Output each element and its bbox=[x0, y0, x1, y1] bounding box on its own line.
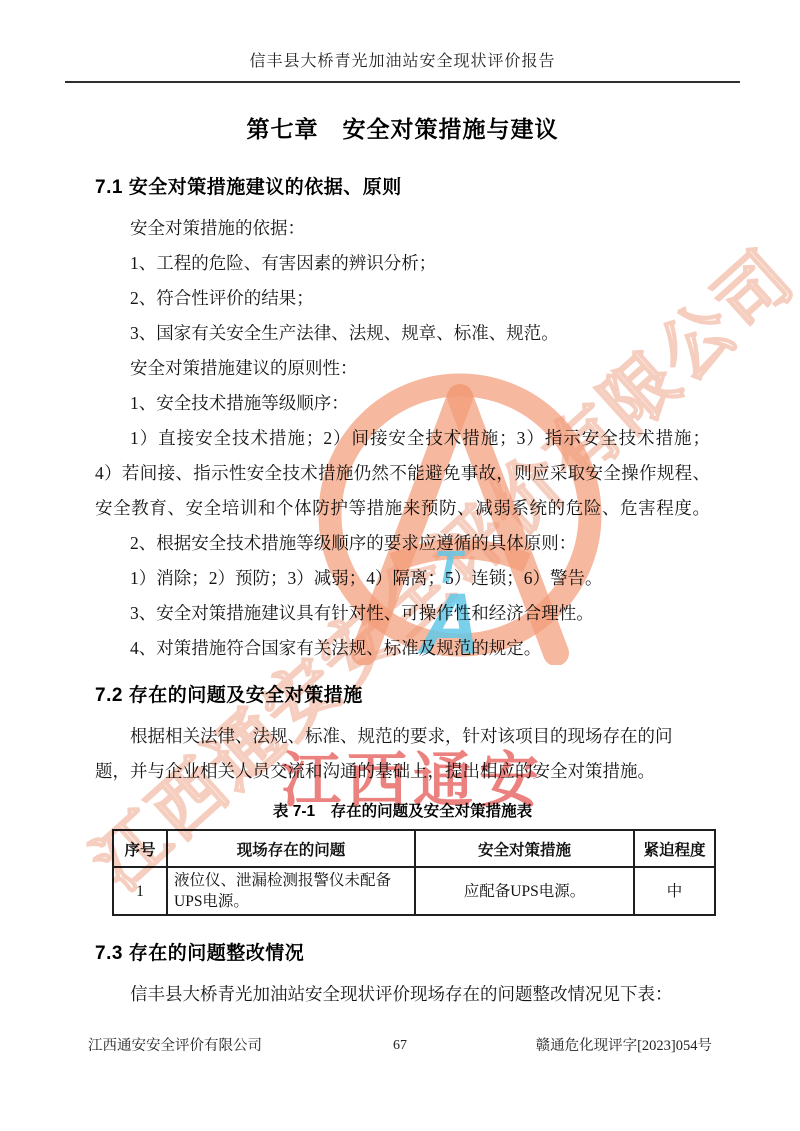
paragraph-line: 1、工程的危险、有害因素的辨识分析； bbox=[95, 246, 710, 281]
header-divider bbox=[65, 81, 740, 83]
document-page: 信丰县大桥青光加油站安全现状评价报告 第七章 安全对策措施与建议 7.1 安全对… bbox=[0, 0, 800, 1131]
paragraph-line: 1）直接安全技术措施；2）间接安全技术措施；3）指示安全技术措施； bbox=[95, 421, 710, 456]
section-7-1-heading: 7.1 安全对策措施建议的依据、原则 bbox=[95, 172, 710, 199]
paragraph-line: 安全对策措施建议的原则性： bbox=[95, 351, 710, 386]
section-7-3-body: 信丰县大桥青光加油站安全现状评价现场存在的问题整改情况见下表： bbox=[95, 977, 710, 1012]
paragraph-line: 题，并与企业相关人员交流和沟通的基础上，提出相应的安全对策措施。 bbox=[95, 754, 710, 789]
paragraph-line: 信丰县大桥青光加油站安全现状评价现场存在的问题整改情况见下表： bbox=[95, 977, 710, 1012]
paragraph-line: 1、安全技术措施等级顺序： bbox=[95, 386, 710, 421]
page-content: 信丰县大桥青光加油站安全现状评价报告 第七章 安全对策措施与建议 7.1 安全对… bbox=[0, 0, 800, 1012]
table-header-row: 序号 现场存在的问题 安全对策措施 紧迫程度 bbox=[113, 830, 715, 867]
col-header-measure: 安全对策措施 bbox=[415, 830, 634, 867]
col-header-problem: 现场存在的问题 bbox=[167, 830, 415, 867]
col-header-urgency: 紧迫程度 bbox=[634, 830, 715, 867]
table-row: 1 液位仪、泄漏检测报警仪未配备UPS电源。 应配备UPS电源。 中 bbox=[113, 867, 715, 915]
issues-table: 序号 现场存在的问题 安全对策措施 紧迫程度 1 液位仪、泄漏检测报警仪未配备U… bbox=[112, 829, 716, 916]
cell-measure: 应配备UPS电源。 bbox=[415, 867, 634, 915]
footer-doc-number: 赣通危化现评字[2023]054号 bbox=[536, 1034, 712, 1055]
cell-index: 1 bbox=[113, 867, 167, 915]
section-7-2-heading: 7.2 存在的问题及安全对策措施 bbox=[95, 680, 710, 707]
page-footer: 江西通安安全评价有限公司 67 赣通危化现评字[2023]054号 bbox=[0, 1034, 800, 1058]
section-7-2-body: 根据相关法律、法规、标准、规范的要求，针对该项目的现场存在的问 题，并与企业相关… bbox=[95, 719, 710, 789]
paragraph-line: 安全教育、安全培训和个体防护等措施来预防、减弱系统的危险、危害程度。 bbox=[95, 491, 710, 526]
paragraph-line: 4、对策措施符合国家有关法规、标准及规范的规定。 bbox=[95, 631, 710, 666]
paragraph-line: 4）若间接、指示性安全技术措施仍然不能避免事故，则应采取安全操作规程、 bbox=[95, 456, 710, 491]
paragraph-line: 3、国家有关安全生产法律、法规、规章、标准、规范。 bbox=[95, 316, 710, 351]
table-caption: 表 7-1 存在的问题及安全对策措施表 bbox=[95, 799, 710, 821]
paragraph-line: 2、符合性评价的结果； bbox=[95, 281, 710, 316]
col-header-index: 序号 bbox=[113, 830, 167, 867]
paragraph-line: 根据相关法律、法规、标准、规范的要求，针对该项目的现场存在的问 bbox=[95, 719, 710, 754]
paragraph-line: 安全对策措施的依据： bbox=[95, 211, 710, 246]
paragraph-line: 1）消除；2）预防；3）减弱；4）隔离；5）连锁；6）警告。 bbox=[95, 561, 710, 596]
running-header-title: 信丰县大桥青光加油站安全现状评价报告 bbox=[95, 48, 710, 71]
section-7-3-heading: 7.3 存在的问题整改情况 bbox=[95, 938, 710, 965]
paragraph-line: 3、安全对策措施建议具有针对性、可操作性和经济合理性。 bbox=[95, 596, 710, 631]
section-7-1-body: 安全对策措施的依据： 1、工程的危险、有害因素的辨识分析； 2、符合性评价的结果… bbox=[95, 211, 710, 666]
paragraph-line: 2、根据安全技术措施等级顺序的要求应遵循的具体原则： bbox=[95, 526, 710, 561]
cell-urgency: 中 bbox=[634, 867, 715, 915]
cell-problem: 液位仪、泄漏检测报警仪未配备UPS电源。 bbox=[167, 867, 415, 915]
chapter-title: 第七章 安全对策措施与建议 bbox=[95, 111, 710, 144]
